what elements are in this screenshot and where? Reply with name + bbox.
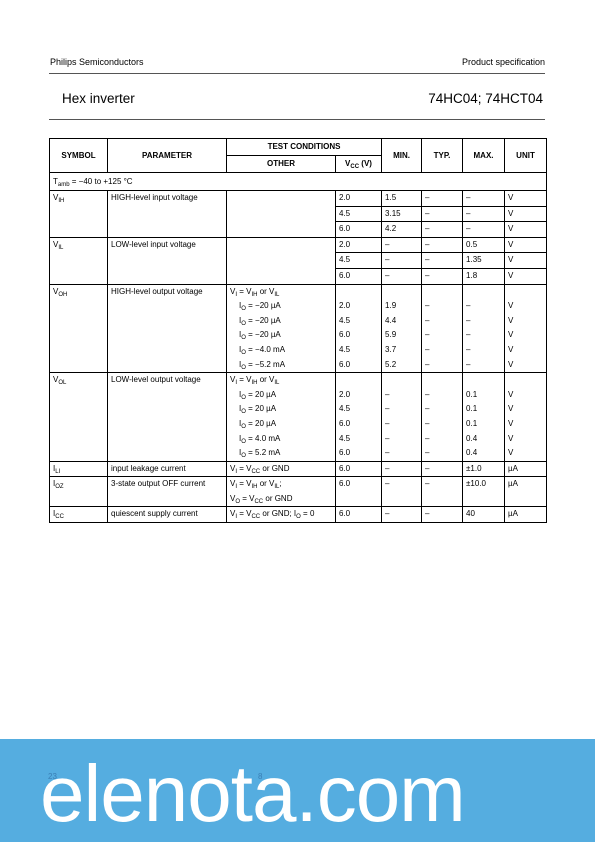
- parameter-cell: 3-state output OFF current: [108, 477, 227, 507]
- other-condition-cell: [227, 237, 336, 284]
- min-cell: 4.2: [382, 222, 422, 238]
- min-cell: 5.2: [382, 358, 422, 373]
- condition-cell: VI = VIH or VIL: [227, 373, 336, 388]
- title-divider: [49, 119, 545, 120]
- typ-cell: –: [422, 343, 463, 358]
- min-cell: 3.15: [382, 206, 422, 222]
- min-cell: –: [382, 402, 422, 417]
- dc-characteristics-table: SYMBOL PARAMETER TEST CONDITIONS MIN. TY…: [49, 138, 547, 523]
- vcc-cell: 4.5: [336, 314, 382, 329]
- vcc-cell: 2.0: [336, 388, 382, 403]
- typ-cell: –: [422, 402, 463, 417]
- unit-cell: µA: [505, 507, 547, 523]
- table-row: VILLOW-level input voltage2.0––0.5V: [50, 237, 547, 253]
- document-title: Hex inverter: [62, 91, 135, 106]
- typ-cell: –: [422, 461, 463, 477]
- typ-cell: –: [422, 507, 463, 523]
- parameter-cell: HIGH-level input voltage: [108, 191, 227, 238]
- table-row: VOHHIGH-level output voltageVI = VIH or …: [50, 284, 547, 299]
- condition-cell: VI = VIH or VIL: [227, 284, 336, 299]
- unit-cell: µA: [505, 461, 547, 477]
- other-condition-cell: IO = 20 µA: [227, 402, 336, 417]
- unit-cell: µA: [505, 477, 547, 507]
- min-cell: 1.5: [382, 191, 422, 207]
- min-cell: 5.9: [382, 328, 422, 343]
- max-cell: 1.8: [463, 268, 505, 284]
- col-test-conditions: TEST CONDITIONS: [227, 139, 382, 156]
- unit-cell: V: [505, 237, 547, 253]
- symbol-cell: VIH: [50, 191, 108, 238]
- vcc-cell: 6.0: [336, 358, 382, 373]
- max-cell: 0.5: [463, 237, 505, 253]
- typ-cell: –: [422, 206, 463, 222]
- min-cell: –: [382, 432, 422, 447]
- unit-cell: V: [505, 299, 547, 314]
- other-condition-cell: IO = −5.2 mA: [227, 358, 336, 373]
- table-row: VOLLOW-level output voltageVI = VIH or V…: [50, 373, 547, 388]
- max-cell: –: [463, 328, 505, 343]
- unit-cell: V: [505, 343, 547, 358]
- min-cell: 3.7: [382, 343, 422, 358]
- vcc-cell: [336, 373, 382, 388]
- symbol-cell: VIL: [50, 237, 108, 284]
- typ-cell: –: [422, 299, 463, 314]
- other-condition-cell: VI = VCC or GND: [227, 461, 336, 477]
- min-cell: 4.4: [382, 314, 422, 329]
- typ-cell: –: [422, 388, 463, 403]
- min-cell: –: [382, 507, 422, 523]
- unit-cell: [505, 373, 547, 388]
- typ-cell: –: [422, 314, 463, 329]
- min-cell: –: [382, 446, 422, 461]
- col-max: MAX.: [463, 139, 505, 173]
- vcc-cell: 2.0: [336, 191, 382, 207]
- unit-cell: V: [505, 446, 547, 461]
- col-min: MIN.: [382, 139, 422, 173]
- unit-cell: [505, 284, 547, 299]
- max-cell: 0.1: [463, 402, 505, 417]
- unit-cell: V: [505, 222, 547, 238]
- parameter-cell: quiescent supply current: [108, 507, 227, 523]
- vcc-cell: 6.0: [336, 507, 382, 523]
- typ-cell: –: [422, 477, 463, 507]
- symbol-cell: VOH: [50, 284, 108, 373]
- vcc-cell: 6.0: [336, 477, 382, 507]
- table-row: VIHHIGH-level input voltage2.01.5––V: [50, 191, 547, 207]
- min-cell: –: [382, 461, 422, 477]
- min-cell: –: [382, 388, 422, 403]
- other-condition-cell: IO = 20 µA: [227, 388, 336, 403]
- vcc-cell: 6.0: [336, 268, 382, 284]
- unit-cell: V: [505, 253, 547, 269]
- max-cell: 0.1: [463, 417, 505, 432]
- col-other: OTHER: [227, 156, 336, 173]
- parameter-cell: HIGH-level output voltage: [108, 284, 227, 373]
- max-cell: 1.35: [463, 253, 505, 269]
- other-condition-cell: IO = −4.0 mA: [227, 343, 336, 358]
- typ-cell: –: [422, 222, 463, 238]
- vcc-cell: 4.5: [336, 402, 382, 417]
- other-condition-cell: IO = 20 µA: [227, 417, 336, 432]
- vcc-cell: 6.0: [336, 446, 382, 461]
- max-cell: –: [463, 314, 505, 329]
- typ-cell: –: [422, 268, 463, 284]
- unit-cell: V: [505, 402, 547, 417]
- vcc-cell: 6.0: [336, 417, 382, 432]
- vcc-cell: 4.5: [336, 432, 382, 447]
- unit-cell: V: [505, 432, 547, 447]
- min-cell: [382, 284, 422, 299]
- max-cell: –: [463, 299, 505, 314]
- typ-cell: –: [422, 417, 463, 432]
- max-cell: –: [463, 343, 505, 358]
- vcc-cell: 6.0: [336, 328, 382, 343]
- max-cell: [463, 373, 505, 388]
- parameter-cell: input leakage current: [108, 461, 227, 477]
- other-condition-cell: IO = 4.0 mA: [227, 432, 336, 447]
- symbol-cell: ICC: [50, 507, 108, 523]
- vcc-cell: 2.0: [336, 237, 382, 253]
- header-divider: [49, 73, 545, 74]
- vcc-cell: 4.5: [336, 253, 382, 269]
- min-cell: –: [382, 417, 422, 432]
- other-condition-cell: IO = −20 µA: [227, 299, 336, 314]
- min-cell: –: [382, 268, 422, 284]
- col-parameter: PARAMETER: [108, 139, 227, 173]
- max-cell: [463, 284, 505, 299]
- parameter-cell: LOW-level input voltage: [108, 237, 227, 284]
- unit-cell: V: [505, 206, 547, 222]
- typ-cell: [422, 373, 463, 388]
- other-condition-cell: IO = −20 µA: [227, 314, 336, 329]
- part-numbers: 74HC04; 74HCT04: [428, 91, 543, 106]
- typ-cell: –: [422, 237, 463, 253]
- table-row: ICCquiescent supply currentVI = VCC or G…: [50, 507, 547, 523]
- unit-cell: V: [505, 388, 547, 403]
- parameter-cell: LOW-level output voltage: [108, 373, 227, 462]
- max-cell: 0.4: [463, 432, 505, 447]
- document-type: Product specification: [462, 57, 545, 67]
- typ-cell: –: [422, 328, 463, 343]
- unit-cell: V: [505, 191, 547, 207]
- max-cell: ±10.0: [463, 477, 505, 507]
- typ-cell: –: [422, 253, 463, 269]
- symbol-cell: ILI: [50, 461, 108, 477]
- max-cell: 0.1: [463, 388, 505, 403]
- other-condition-cell: IO = −20 µA: [227, 328, 336, 343]
- max-cell: –: [463, 206, 505, 222]
- unit-cell: V: [505, 417, 547, 432]
- min-cell: –: [382, 237, 422, 253]
- col-unit: UNIT: [505, 139, 547, 173]
- typ-cell: –: [422, 358, 463, 373]
- typ-cell: –: [422, 446, 463, 461]
- typ-cell: –: [422, 191, 463, 207]
- company-name: Philips Semiconductors: [50, 57, 144, 67]
- col-typ: TYP.: [422, 139, 463, 173]
- max-cell: –: [463, 358, 505, 373]
- min-cell: –: [382, 253, 422, 269]
- vcc-cell: 6.0: [336, 222, 382, 238]
- unit-cell: V: [505, 358, 547, 373]
- unit-cell: V: [505, 268, 547, 284]
- min-cell: 1.9: [382, 299, 422, 314]
- col-vcc: VCC (V): [336, 156, 382, 173]
- other-condition-cell: VI = VCC or GND; IO = 0: [227, 507, 336, 523]
- watermark-text: elenota.com: [40, 748, 465, 840]
- other-condition-cell: VI = VIH or VIL;VO = VCC or GND: [227, 477, 336, 507]
- min-cell: –: [382, 477, 422, 507]
- other-condition-cell: [227, 191, 336, 238]
- max-cell: –: [463, 191, 505, 207]
- unit-cell: V: [505, 314, 547, 329]
- other-condition-cell: IO = 5.2 mA: [227, 446, 336, 461]
- vcc-cell: 2.0: [336, 299, 382, 314]
- symbol-cell: VOL: [50, 373, 108, 462]
- vcc-cell: [336, 284, 382, 299]
- table-row: ILIinput leakage currentVI = VCC or GND6…: [50, 461, 547, 477]
- max-cell: –: [463, 222, 505, 238]
- vcc-cell: 6.0: [336, 461, 382, 477]
- vcc-cell: 4.5: [336, 206, 382, 222]
- max-cell: 0.4: [463, 446, 505, 461]
- symbol-cell: IOZ: [50, 477, 108, 507]
- temperature-condition: Tamb = −40 to +125 °C: [50, 173, 547, 191]
- col-symbol: SYMBOL: [50, 139, 108, 173]
- table-row: IOZ3-state output OFF currentVI = VIH or…: [50, 477, 547, 507]
- vcc-cell: 4.5: [336, 343, 382, 358]
- typ-cell: –: [422, 432, 463, 447]
- max-cell: 40: [463, 507, 505, 523]
- max-cell: ±1.0: [463, 461, 505, 477]
- min-cell: [382, 373, 422, 388]
- typ-cell: [422, 284, 463, 299]
- unit-cell: V: [505, 328, 547, 343]
